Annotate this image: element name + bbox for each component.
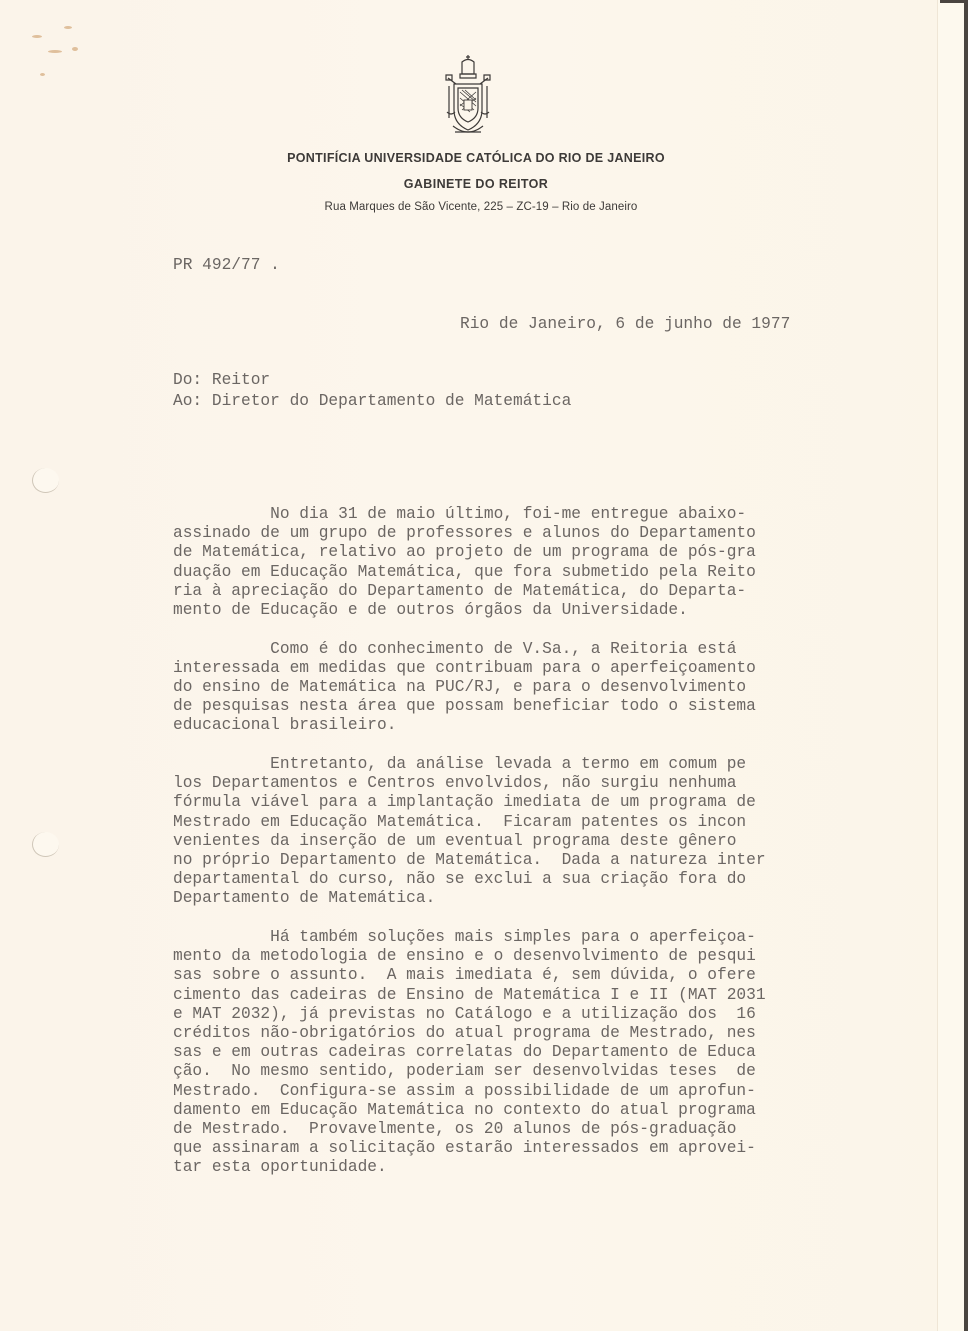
letter-body: No dia 31 de maio último, foi-me entregu… — [173, 505, 873, 1197]
text-line: interessada em medidas que contribuam pa… — [173, 659, 873, 678]
text-line: damento em Educação Matemática no contex… — [173, 1101, 873, 1120]
text-line: assinado de um grupo de professores e al… — [173, 524, 873, 543]
stain-mark — [48, 50, 62, 53]
text-line: Departamento de Matemática. — [173, 889, 873, 908]
text-line: Mestrado. Configura-se assim a possibili… — [173, 1082, 873, 1101]
text-line: sas e em outras cadeiras correlatas do D… — [173, 1043, 873, 1062]
institution-name: PONTIFÍCIA UNIVERSIDADE CATÓLICA DO RIO … — [0, 151, 952, 165]
recipient-line: Ao: Diretor do Departamento de Matemátic… — [173, 392, 571, 411]
text-line: de Matemática, relativo ao projeto de um… — [173, 543, 873, 562]
punch-hole-icon — [32, 468, 59, 493]
stain-mark — [40, 73, 45, 76]
text-line: educacional brasileiro. — [173, 716, 873, 735]
text-line: sas sobre o assunto. A mais imediata é, … — [173, 966, 873, 985]
scan-border-top — [940, 0, 968, 3]
text-line: que assinaram a solicitação estarão inte… — [173, 1139, 873, 1158]
letter-date: Rio de Janeiro, 6 de junho de 1977 — [460, 315, 790, 334]
sender-line: Do: Reitor — [173, 371, 270, 390]
stain-mark — [72, 47, 78, 51]
text-line: Entretanto, da análise levada a termo em… — [173, 755, 873, 774]
office-name: GABINETE DO REITOR — [0, 177, 952, 191]
punch-hole-icon — [32, 832, 59, 857]
text-line: do ensino de Matemática na PUC/RJ, e par… — [173, 678, 873, 697]
text-line: departamental do curso, não se exclui a … — [173, 870, 873, 889]
text-line: fórmula viável para a implantação imedia… — [173, 793, 873, 812]
text-line: ria à apreciação do Departamento de Mate… — [173, 582, 873, 601]
coat-of-arms-icon — [443, 52, 493, 144]
text-line: de pesquisas nesta área que possam benef… — [173, 697, 873, 716]
text-line: venientes da inserção de um eventual pro… — [173, 832, 873, 851]
paragraph-4: Há também soluções mais simples para o a… — [173, 928, 873, 1177]
reference-number: PR 492/77 . — [173, 256, 280, 275]
text-line: no próprio Departamento de Matemática. D… — [173, 851, 873, 870]
text-line: mento de Educação e de outros órgãos da … — [173, 601, 873, 620]
text-line: Há também soluções mais simples para o a… — [173, 928, 873, 947]
text-line: los Departamentos e Centros envolvidos, … — [173, 774, 873, 793]
text-line: mento da metodologia de ensino e o desen… — [173, 947, 873, 966]
letter-page: PONTIFÍCIA UNIVERSIDADE CATÓLICA DO RIO … — [0, 0, 968, 1331]
stain-mark — [32, 35, 42, 38]
paragraph-2: Como é do conhecimento de V.Sa., a Reito… — [173, 640, 873, 736]
text-line: cimento das cadeiras de Ensino de Matemá… — [173, 986, 873, 1005]
text-line: duação em Educação Matemática, que fora … — [173, 563, 873, 582]
paragraph-1: No dia 31 de maio último, foi-me entregu… — [173, 505, 873, 620]
text-line: créditos não-obrigatórios do atual progr… — [173, 1024, 873, 1043]
text-line: ção. No mesmo sentido, poderiam ser dese… — [173, 1062, 873, 1081]
text-line: tar esta oportunidade. — [173, 1158, 873, 1177]
text-line: de Mestrado. Provavelmente, os 20 alunos… — [173, 1120, 873, 1139]
text-line: Mestrado em Educação Matemática. Ficaram… — [173, 813, 873, 832]
text-line: No dia 31 de maio último, foi-me entregu… — [173, 505, 873, 524]
text-line: Como é do conhecimento de V.Sa., a Reito… — [173, 640, 873, 659]
paper-edge-strip — [937, 0, 965, 1331]
scan-border — [964, 0, 968, 1331]
paragraph-3: Entretanto, da análise levada a termo em… — [173, 755, 873, 909]
text-line: e MAT 2032), já previstas no Catálogo e … — [173, 1005, 873, 1024]
institution-address: Rua Marques de São Vicente, 225 – ZC-19 … — [0, 201, 962, 213]
stain-mark — [64, 26, 72, 29]
